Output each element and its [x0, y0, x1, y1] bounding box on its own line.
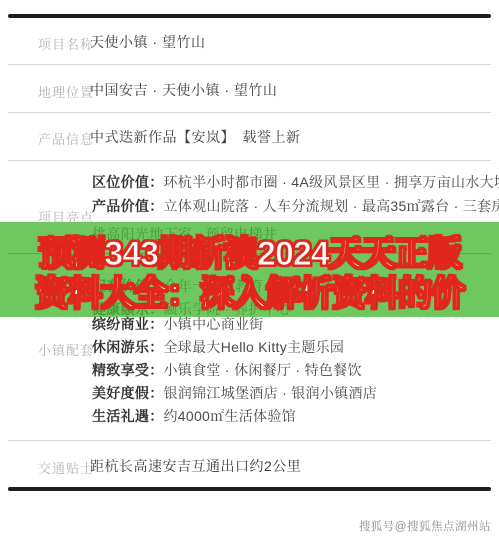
row-value-project-name: 天使小镇 · 望竹山 [90, 32, 493, 52]
facility-line: 美好度假：银润锦江城堡酒店 · 银润小镇酒店 [92, 383, 497, 403]
highlight-line: 产品价值：立体观山院落 · 人车分流规划 · 最高35㎡露台 · 三套房设计 [92, 196, 497, 216]
facility-line: 休闲游乐：全球最大Hello Kitty主题乐园 [92, 337, 497, 357]
facility-key: 美好度假： [92, 385, 164, 401]
row-value-traffic-tips: 距杭长高速安吉互通出口约2公里 [90, 456, 493, 476]
promo-banner-overlay[interactable]: 挑高阳光地下室 · 预留电梯井 配套价值：全年一贯制教育 · 便捷生活配套 健康… [0, 222, 499, 317]
facility-key: 生活礼遇： [92, 408, 164, 424]
facility-value: 小镇中心商业街 [164, 316, 264, 332]
facility-value: 约4000㎡生活体验馆 [164, 408, 296, 424]
facility-key: 休闲游乐： [92, 339, 164, 355]
highlight-key: 产品价值： [92, 198, 164, 214]
highlight-line: 区位价值：环杭半小时都市圈 · 4A级风景区里 · 拥享万亩山水大境 [92, 172, 497, 192]
row-value-location: 中国安吉 · 天使小镇 · 望竹山 [90, 80, 493, 100]
row-label-project-name: 项目名称 [38, 34, 94, 53]
facility-key: 缤纷商业： [92, 316, 164, 332]
facility-value: 银润锦江城堡酒店 · 银润小镇酒店 [164, 385, 378, 401]
banner-headline-line2: 资料大全：深入解析资料的价 [0, 274, 499, 314]
top-rule [8, 14, 491, 18]
listing-info-card: 项目名称 天使小镇 · 望竹山 地理位置 中国安吉 · 天使小镇 · 望竹山 产… [0, 0, 499, 538]
divider [8, 440, 491, 441]
row-label-facilities: 小镇配套 [38, 340, 94, 359]
highlight-value: 立体观山院落 · 人车分流规划 · 最高35㎡露台 · 三套房设计 [164, 198, 499, 214]
divider [8, 64, 491, 65]
highlight-value: 环杭半小时都市圈 · 4A级风景区里 · 拥享万亩山水大境 [164, 174, 499, 190]
facility-key: 精致享受： [92, 362, 164, 378]
row-label-product-info: 产品信息 [38, 129, 94, 148]
facility-value: 小镇食堂 · 休闲餐厅 · 特色餐饮 [164, 362, 362, 378]
sohu-watermark: 搜狐号@搜狐焦点湖州站 [359, 518, 491, 534]
row-label-location: 地理位置 [38, 82, 94, 101]
highlight-key: 区位价值： [92, 174, 164, 190]
facility-line: 缤纷商业：小镇中心商业街 [92, 314, 497, 334]
facility-line: 精致享受：小镇食堂 · 休闲餐厅 · 特色餐饮 [92, 360, 497, 380]
divider [8, 160, 491, 161]
bottom-rule [8, 487, 491, 491]
row-value-product-info: 中式迭新作品【安岚】 载誉上新 [90, 127, 493, 147]
facility-line: 生活礼遇：约4000㎡生活体验馆 [92, 406, 497, 426]
facility-value: 全球最大Hello Kitty主题乐园 [164, 339, 345, 355]
banner-headline-line1: 预测343期新澳2024天天正版 [0, 234, 499, 274]
row-label-traffic-tips: 交通贴士 [38, 458, 94, 477]
divider [8, 112, 491, 113]
